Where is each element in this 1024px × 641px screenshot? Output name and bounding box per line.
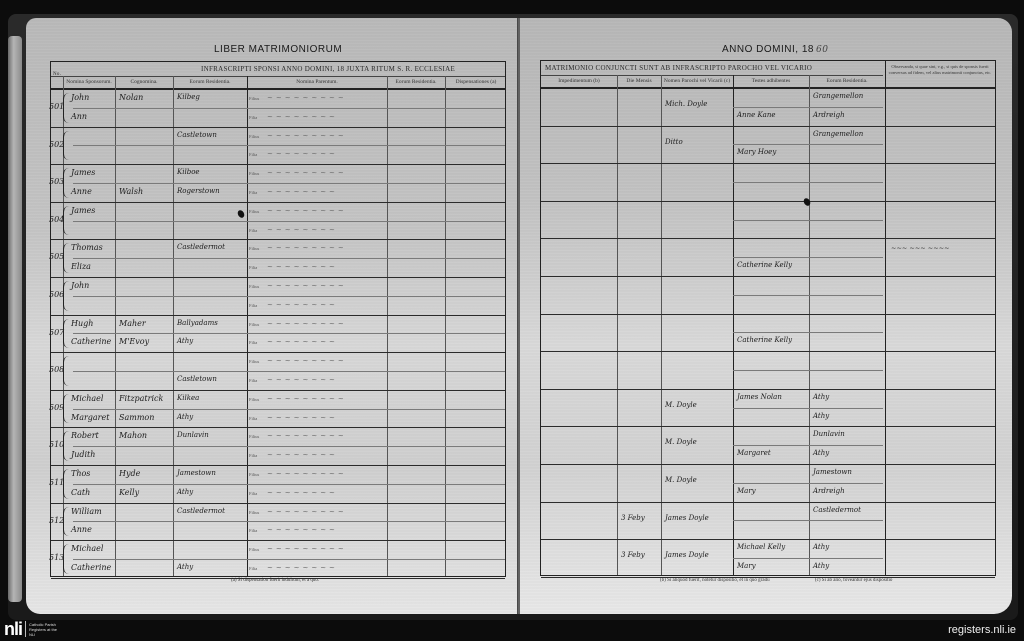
parents-bride: ~~~~~~~~ [267,414,338,422]
row-divider [733,332,883,333]
witness-2-residence: Athy [813,412,829,420]
row-divider [733,370,883,371]
page-edges [8,36,22,602]
witness-2: Mary Hoey [737,148,776,156]
row-divider [733,520,883,521]
page-title-right: ANNO DOMINI, 1860 [722,44,828,55]
priest-name: M. Doyle [665,438,697,446]
groom-name: James [71,206,95,215]
brace [63,243,70,273]
filia-label: Filia [249,416,257,421]
col-cognomina: Cognomina. [115,76,173,88]
groom-residence: Ballyadams [177,319,218,327]
groom-name: John [71,93,89,102]
filia-label: Filia [249,228,257,233]
logo-text: Catholic Parish Registers at the NLI [29,622,59,637]
filia-label: Filia [249,152,257,157]
row-divider [73,258,505,259]
bride-name: Catherine [71,337,111,346]
priest-name: Mich. Doyle [665,100,707,108]
row-divider [733,558,883,559]
year-handwritten: 60 [816,45,828,55]
col-nomina-sponsorum: Nomina Sponsorum. [63,76,115,88]
witness-2-residence: Athy [813,562,829,570]
parents-bride: ~~~~~~~~ [267,113,338,121]
groom-residence: Castledermot [177,507,225,515]
page-title-left: LIBER MATRIMONIORUM [214,44,342,55]
entry-number: 512 [49,516,64,525]
parents-groom: ~~~~~~~~~ [267,94,347,102]
entry-number: 505 [49,252,64,261]
table-row: M. Doyle Margaret Dunlavin Athy [541,426,995,465]
priest-name: James Doyle [665,514,709,522]
witness-1: Michael Kelly [737,543,785,551]
parents-bride: ~~~~~~~~ [267,451,338,459]
parents-groom: ~~~~~~~~~ [267,244,347,252]
groom-residence: Kilkea [177,394,199,402]
row-divider [73,521,505,522]
left-page: LIBER MATRIMONIORUM No. INFRASCRIPTI SPO… [26,18,518,614]
filius-label: Filius [249,397,259,402]
table-row [541,276,995,315]
parents-groom: ~~~~~~~~~ [267,357,347,365]
logo-mark: nli [4,619,22,639]
row-divider [733,257,883,258]
logo-divider [25,621,26,637]
witness-1-residence: Grangemellon [813,130,863,138]
table-row: 504 James Filius Filia ~~~~~~~~~ ~~~~~~~… [51,202,505,241]
parents-bride: ~~~~~~~~ [267,489,338,497]
witness-2: Catherine Kelly [737,261,792,269]
bride-surname: M'Evoy [119,337,149,346]
row-divider [733,295,883,296]
witness-1-residence: Athy [813,393,829,401]
col-testes-residentia: Eorum Residentia. [809,75,885,87]
witness-1-residence: Grangemellon [813,92,863,100]
groom-surname: Hyde [119,469,140,478]
table-row [541,351,995,390]
table-row: M. Doyle Mary Jamestown Ardreigh [541,464,995,503]
register-image-viewer: LIBER MATRIMONIORUM No. INFRASCRIPTI SPO… [0,0,1024,641]
bride-name: Judith [71,450,95,459]
brace [63,431,70,461]
brace [63,319,70,349]
witness-2: Margaret [737,449,771,457]
observation-note: ~~~ ~~~ ~~~~ [891,244,950,252]
filius-label: Filius [249,134,259,139]
footnote-c: (c) Si ab alio, foveantur ejus dispositi… [815,578,892,583]
bride-name: Cath [71,488,90,497]
table-row: Catherine Kelly [541,314,995,353]
table-row: 503 James Anne Walsh Kilboe Rogerstown F… [51,164,505,203]
table-row [541,201,995,240]
register-table-right: MATRIMONIO CONJUNCTI SUNT AB INFRASCRIPT… [540,60,996,576]
col-observanda: Observanda, si quae sint, v.g., si quis … [885,61,995,90]
row-divider [73,333,505,334]
groom-residence: Kilboe [177,168,200,176]
witness-1: James Nolan [737,393,782,401]
parents-bride: ~~~~~~~~ [267,150,338,158]
parents-bride: ~~~~~~~~ [267,526,338,534]
groom-residence: Castledermot [177,243,225,251]
table-row: 512 William Anne Castledermot Filius Fil… [51,503,505,542]
table-row: 509 Michael Margaret Fitzpatrick Sammon … [51,390,505,429]
table-banner-right: MATRIMONIO CONJUNCTI SUNT AB INFRASCRIPT… [541,61,883,76]
col-nomen-parochi: Nomen Parochi vel Vicarii (c) [661,75,733,87]
anno-domini: ANNO DOMINI, 18 [722,44,814,55]
brace [63,131,70,161]
priest-name: M. Doyle [665,401,697,409]
witness-2-residence: Athy [813,449,829,457]
table-row: 501 John Ann Nolan Kilbeg Filius Filia ~… [51,89,505,128]
bride-residence: Athy [177,563,193,571]
col-die-mensis: Die Mensis [617,75,661,87]
footnote-a: (a) Si dispensation fuerit indultum, et … [231,578,319,583]
filius-label: Filius [249,510,259,515]
witness-2-residence: Ardreigh [813,111,845,119]
groom-residence: Dunlavin [177,431,209,439]
site-url-link[interactable]: registers.nli.ie [948,624,1016,636]
row-divider [73,145,505,146]
col-parent-residentia: Eorum Residentia. [387,76,445,88]
bride-surname: Walsh [119,187,143,196]
groom-surname: Maher [119,319,146,328]
bride-name: Eliza [71,262,91,271]
filia-label: Filia [249,265,257,270]
filia-label: Filia [249,115,257,120]
parents-bride: ~~~~~~~~ [267,301,338,309]
table-row: 506 John Filius Filia ~~~~~~~~~ ~~~~~~~~ [51,277,505,316]
nli-logo[interactable]: nli Catholic Parish Registers at the NLI [4,618,59,640]
table-row: 3 Feby James Doyle Michael Kelly Mary At… [541,539,995,578]
filia-label: Filia [249,453,257,458]
row-divider [733,107,883,108]
bride-residence: Castletown [177,375,217,383]
parents-groom: ~~~~~~~~~ [267,132,347,140]
entry-number: 513 [49,553,64,562]
row-divider [733,182,883,183]
groom-name: William [71,507,102,516]
row-divider [73,221,505,222]
entry-number: 502 [49,140,64,149]
col-impedimentum: Impedimentum (b) [541,75,617,87]
witness-1-residence: Athy [813,543,829,551]
row-divider [733,408,883,409]
brace [63,206,70,236]
parents-bride: ~~~~~~~~ [267,564,338,572]
brace [63,394,70,424]
entry-number: 501 [49,102,64,111]
table-row: 507 Hugh Catherine Maher M'Evoy Ballyada… [51,315,505,354]
brace [63,507,70,537]
col-nomina-parentum: Nomina Parentum. [247,76,387,88]
parents-bride: ~~~~~~~~ [267,226,338,234]
marriage-date: 3 Feby [621,514,645,522]
banner-text: INFRASCRIPTI SPONSI ANNO DOMINI, 18 JUXT… [201,65,455,73]
priest-name: M. Doyle [665,476,697,484]
brace [63,168,70,198]
filia-label: Filia [249,491,257,496]
row-divider [73,409,505,410]
bride-name: Anne [71,187,92,196]
brace [63,469,70,499]
table-row: 510 Robert Judith Mahon Dunlavin Filius … [51,427,505,466]
witness-2: Catherine Kelly [737,336,792,344]
entry-number: 504 [49,215,64,224]
priest-name: James Doyle [665,551,709,559]
filia-label: Filia [249,303,257,308]
row-divider [733,483,883,484]
groom-name: Robert [71,431,99,440]
bride-surname: Sammon [119,413,154,422]
filius-label: Filius [249,96,259,101]
filia-label: Filia [249,340,257,345]
parents-groom: ~~~~~~~~~ [267,320,347,328]
entry-number: 510 [49,440,64,449]
table-row: 502 Castletown Filius Filia ~~~~~~~~~ ~~… [51,127,505,166]
table-row: 505 Thomas Eliza Castledermot Filius Fil… [51,239,505,278]
filius-label: Filius [249,246,259,251]
groom-name: John [71,281,89,290]
filius-label: Filius [249,359,259,364]
filia-label: Filia [249,528,257,533]
col-residentia: Eorum Residentia. [173,76,247,88]
groom-surname: Mahon [119,431,147,440]
bride-name: Margaret [71,413,109,422]
groom-name: Thomas [71,243,103,252]
witness-2: Mary [737,487,756,495]
priest-name: Ditto [665,138,683,146]
filius-label: Filius [249,284,259,289]
parents-bride: ~~~~~~~~ [267,376,338,384]
table-row [541,163,995,202]
table-row: 3 Feby James Doyle Castledermot [541,502,995,541]
groom-residence: Castletown [177,131,217,139]
row-divider [73,296,505,297]
bride-name: Anne [71,525,92,534]
parents-groom: ~~~~~~~~~ [267,432,347,440]
brace [63,544,70,574]
table-row: 508 Castletown Filius Filia ~~~~~~~~~ ~~… [51,352,505,391]
bride-residence: Rogerstown [177,187,220,195]
bride-residence: Athy [177,488,193,496]
table-row: Ditto Mary Hoey Grangemellon [541,126,995,165]
witness-1-residence: Castledermot [813,506,861,514]
witness-2: Mary [737,562,756,570]
filius-label: Filius [249,322,259,327]
table-row: 513 Michael Catherine Athy Filius Filia … [51,540,505,579]
row-divider [73,108,505,109]
table-banner-left: No. INFRASCRIPTI SPONSI ANNO DOMINI, 18 … [51,62,505,77]
groom-name: Thos [71,469,90,478]
row-divider [733,220,883,221]
row-divider [73,559,505,560]
entry-number: 511 [49,478,64,487]
row-divider [73,371,505,372]
groom-residence: Kilbeg [177,93,200,101]
witness-1-residence: Jamestown [813,468,852,476]
groom-name: Hugh [71,319,93,328]
bride-surname: Kelly [119,488,139,497]
bride-residence: Athy [177,337,193,345]
bride-name: Ann [71,112,87,121]
entry-number: 506 [49,290,64,299]
parents-bride: ~~~~~~~~ [267,338,338,346]
bride-residence: Athy [177,413,193,421]
parents-groom: ~~~~~~~~~ [267,207,347,215]
parents-groom: ~~~~~~~~~ [267,169,347,177]
entry-number: 503 [49,177,64,186]
marriage-date: 3 Feby [621,551,645,559]
brace [63,356,70,386]
filia-label: Filia [249,378,257,383]
filia-label: Filia [249,190,257,195]
table-row: 511 Thos Cath Hyde Kelly Jamestown Athy … [51,465,505,504]
groom-name: Michael [71,544,103,553]
groom-surname: Nolan [119,93,143,102]
filius-label: Filius [249,209,259,214]
parents-groom: ~~~~~~~~~ [267,545,347,553]
groom-name: Michael [71,394,103,403]
parents-groom: ~~~~~~~~~ [267,395,347,403]
brace [63,93,70,123]
col-testes: Testes adhibentes [733,75,809,87]
witness-2-residence: Ardreigh [813,487,845,495]
groom-residence: Jamestown [177,469,216,477]
filius-label: Filius [249,171,259,176]
parents-groom: ~~~~~~~~~ [267,282,347,290]
witness-2: Anne Kane [737,111,776,119]
parents-bride: ~~~~~~~~ [267,263,338,271]
banner-text: MATRIMONIO CONJUNCTI SUNT AB INFRASCRIPT… [545,64,812,72]
footnote-b: (b) Si aliquod fuerit, notetur dispositi… [660,578,770,583]
filius-label: Filius [249,434,259,439]
table-row: M. Doyle James Nolan Athy Athy [541,389,995,428]
groom-surname: Fitzpatrick [119,394,163,403]
bride-name: Catherine [71,563,111,572]
entry-number: 509 [49,403,64,412]
row-divider [733,445,883,446]
brace [63,281,70,311]
filius-label: Filius [249,472,259,477]
row-divider [73,484,505,485]
filius-label: Filius [249,547,259,552]
witness-1-residence: Dunlavin [813,430,845,438]
row-divider [73,183,505,184]
right-page: ANNO DOMINI, 1860 MATRIMONIO CONJUNCTI S… [520,18,1012,614]
entry-number: 508 [49,365,64,374]
row-divider [73,446,505,447]
row-divider [733,144,883,145]
col-dispensationes: Dispensationes (a) [445,76,507,88]
register-table-left: No. INFRASCRIPTI SPONSI ANNO DOMINI, 18 … [50,61,506,577]
entry-number: 507 [49,328,64,337]
groom-name: James [71,168,95,177]
filia-label: Filia [249,566,257,571]
parents-groom: ~~~~~~~~~ [267,470,347,478]
parents-groom: ~~~~~~~~~ [267,508,347,516]
parents-bride: ~~~~~~~~ [267,188,338,196]
table-row: Mich. Doyle Anne Kane Grangemellon Ardre… [541,88,995,127]
no-label: No. [53,72,61,77]
